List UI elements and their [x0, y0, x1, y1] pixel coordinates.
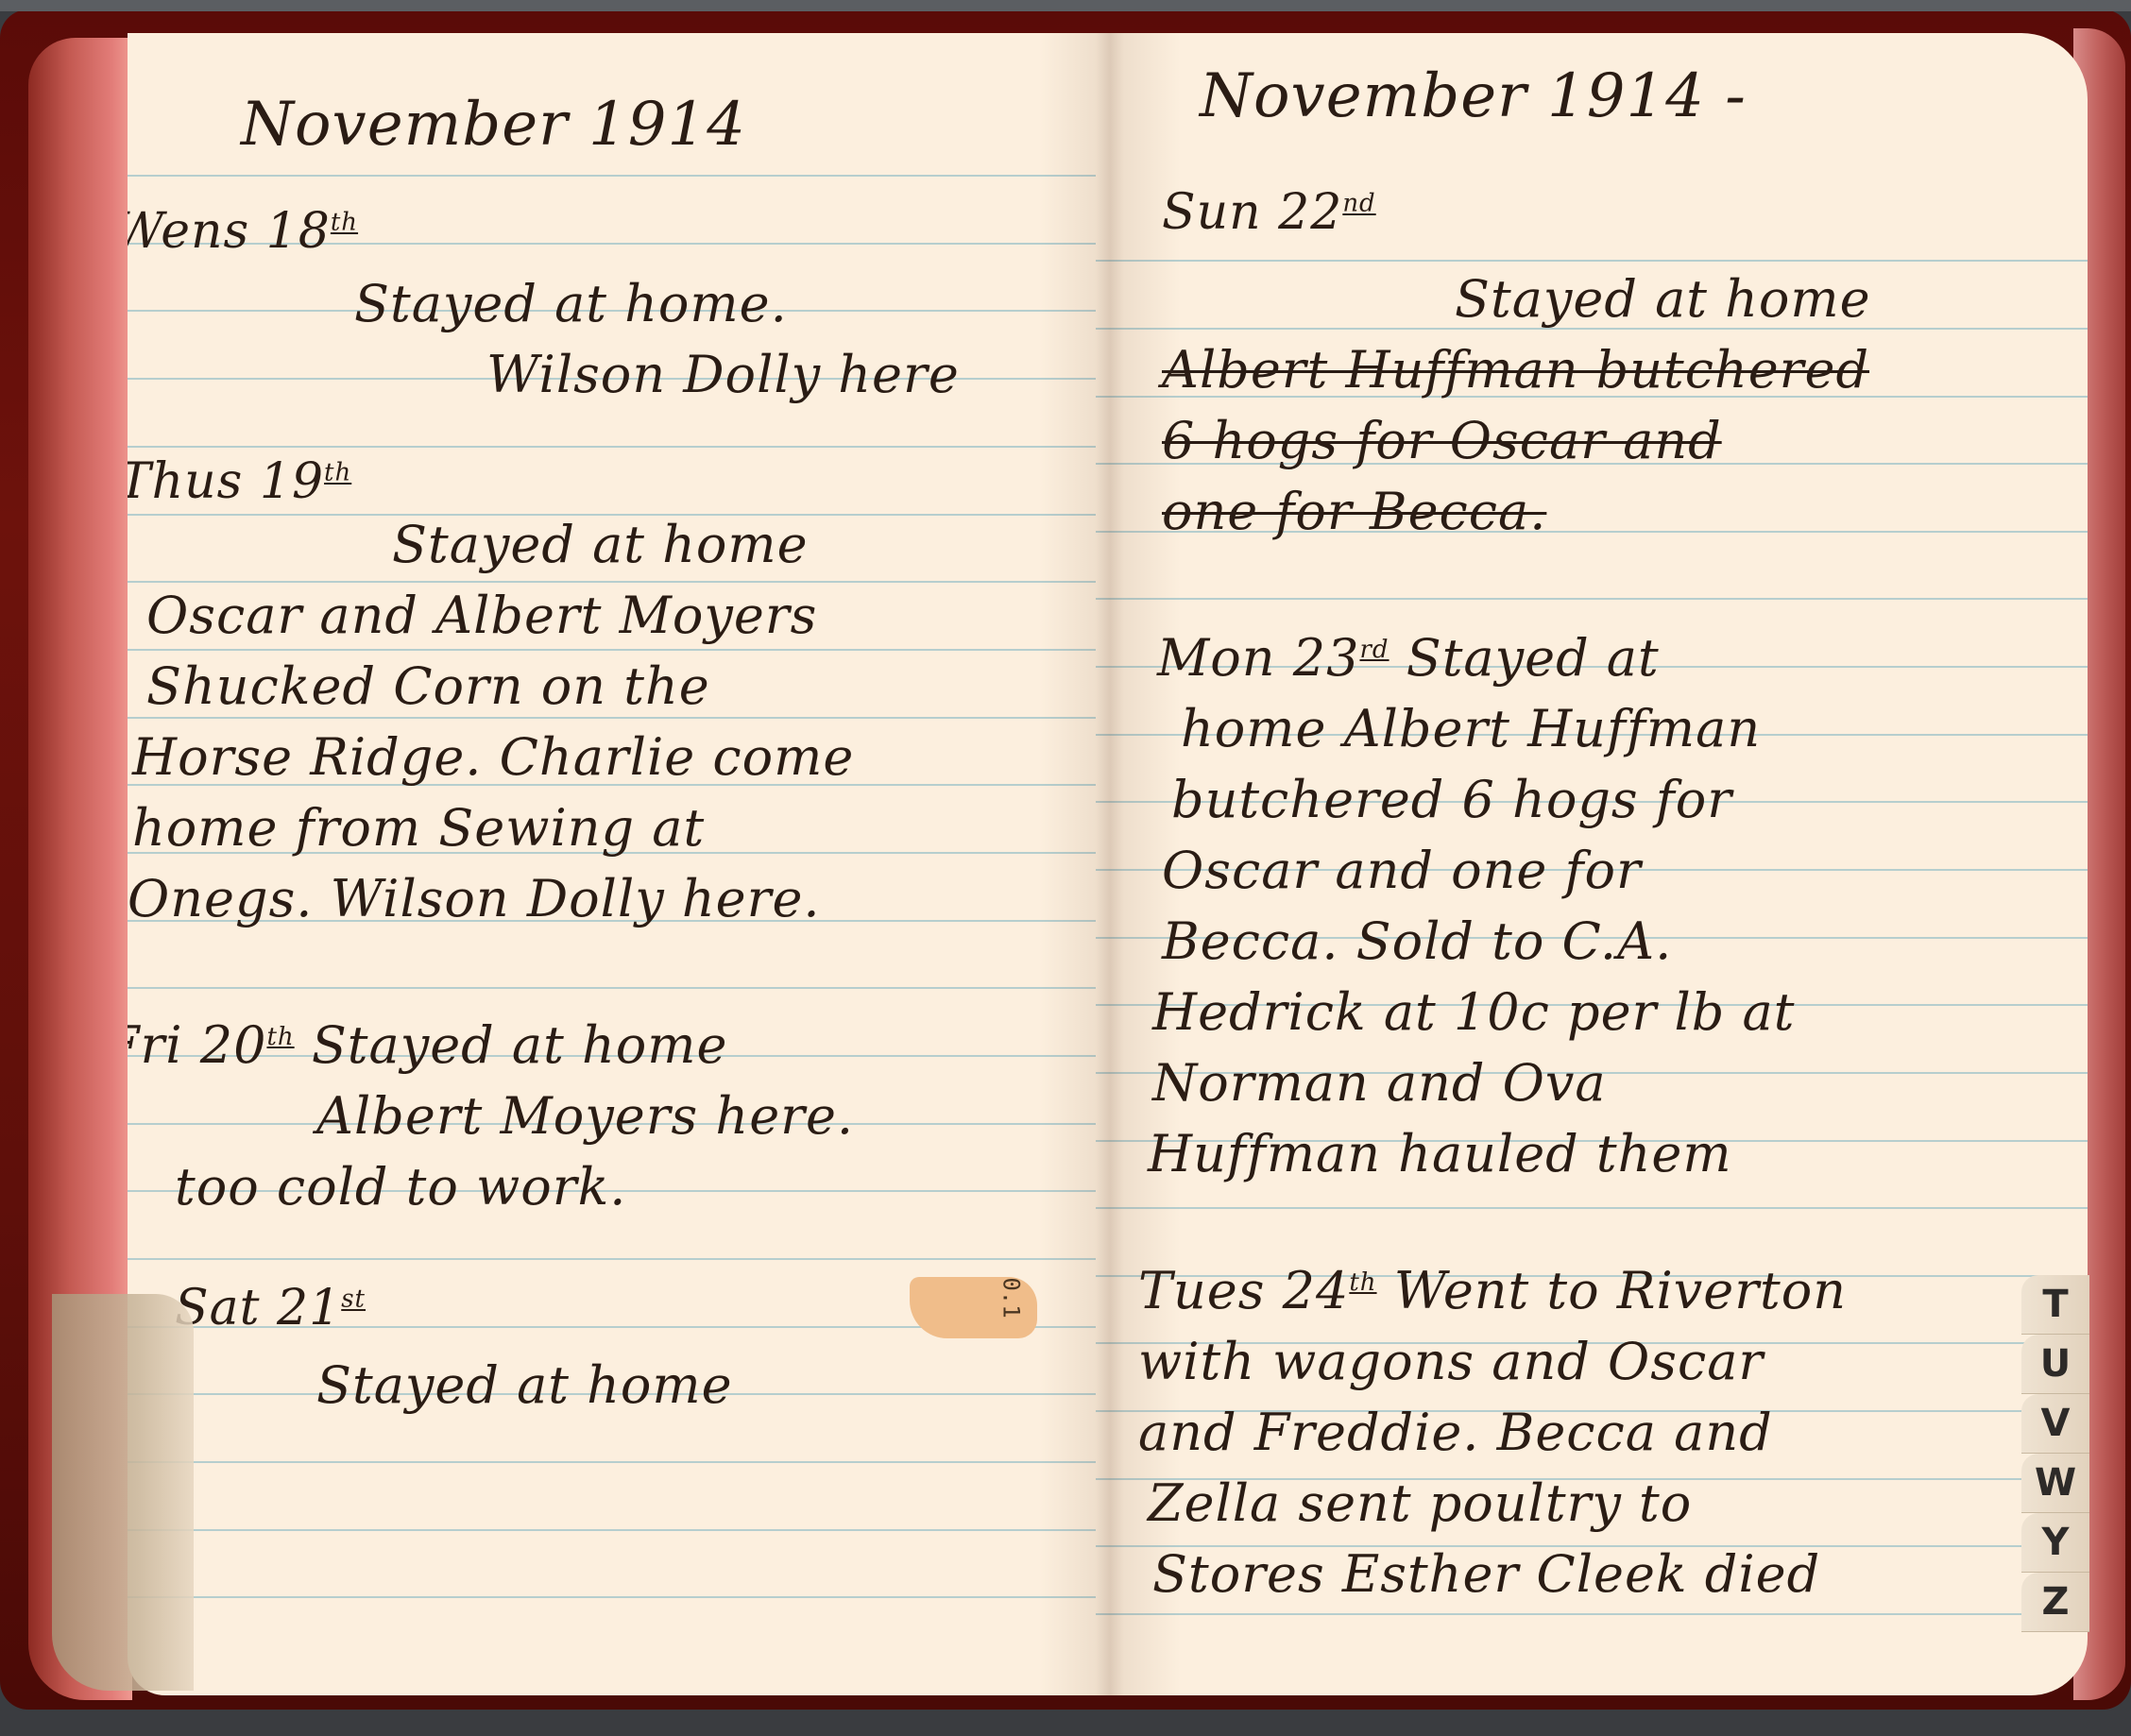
entry-line: Oscar and one for: [1162, 841, 1642, 900]
rule-line: [128, 1529, 1100, 1531]
scanner-edge: [0, 0, 2131, 11]
rule-line: [128, 717, 1100, 719]
rule-line: [1096, 260, 2088, 262]
rule-line: [1096, 1207, 2088, 1209]
entry-line: too cold to work.: [175, 1157, 626, 1217]
entry-line: Hedrick at 10c per lb at: [1152, 982, 1795, 1042]
index-tab-u[interactable]: U: [2021, 1335, 2089, 1394]
torn-price-sticker: 0.1: [910, 1277, 1037, 1338]
entry-date: Sun 22nd: [1162, 184, 1376, 241]
rule-line: [128, 649, 1100, 651]
rule-line: [128, 446, 1100, 448]
struck-line: Albert Huffman butchered: [1162, 340, 1869, 400]
entry-date: Sat 21st: [175, 1280, 366, 1336]
entry-date: Thus 19th: [128, 453, 351, 510]
entry-line: and Freddie. Becca and: [1138, 1403, 1773, 1462]
entry-line: Oscar and Albert Moyers: [146, 586, 817, 645]
index-tab-v[interactable]: V: [2021, 1394, 2089, 1454]
entry-line: Stayed at home: [1455, 269, 1871, 329]
entry-line: Stayed at home: [392, 515, 809, 574]
index-tab-y[interactable]: Y: [2021, 1513, 2089, 1573]
entry-line: Albert Moyers here.: [316, 1086, 854, 1146]
rule-line: [1096, 1613, 2088, 1615]
rule-line: [128, 581, 1100, 583]
entry-line: Stores Esther Cleek died: [1152, 1544, 1820, 1604]
entry-line: Zella sent poultry to: [1148, 1473, 1692, 1533]
index-tab-t[interactable]: T: [2021, 1275, 2089, 1335]
entry-date-line: Tues 24th Went to Riverton: [1138, 1261, 1847, 1320]
entry-date-line: Fri 20th Stayed at home: [128, 1015, 727, 1075]
index-tab-z[interactable]: Z: [2021, 1573, 2089, 1632]
entry-line: home from Sewing at: [132, 798, 705, 858]
entry-line: Stayed at home.: [354, 274, 788, 333]
left-thumb-tab: [52, 1294, 194, 1691]
entry-line: Onegs. Wilson Dolly here.: [128, 869, 821, 928]
entry-line: Becca. Sold to C.A.: [1162, 911, 1672, 971]
struck-line: 6 hogs for Oscar and: [1162, 411, 1722, 470]
right-page: November 1914 - Sun 22nd Stayed at home …: [1096, 33, 2088, 1695]
rule-line: [128, 1258, 1100, 1260]
page-heading: November 1914 -: [1200, 61, 1747, 131]
entry-line: home Albert Huffman: [1181, 699, 1761, 758]
alphabet-index-tabs: T U V W Y Z: [2021, 1275, 2089, 1615]
entry-date: Wens 18th: [128, 203, 358, 260]
entry-line: Huffman hauled them: [1148, 1124, 1732, 1183]
index-tab-w[interactable]: W: [2021, 1454, 2089, 1513]
rule-line: [128, 175, 1100, 177]
entry-line: Shucked Corn on the: [146, 656, 710, 716]
rule-line: [128, 987, 1100, 989]
entry-line: Norman and Ova: [1152, 1053, 1607, 1113]
entry-line: butchered 6 hogs for: [1171, 770, 1732, 829]
page-heading: November 1914: [241, 90, 746, 160]
struck-line: one for Becca.: [1162, 482, 1546, 541]
entry-date-line: Mon 23rd Stayed at: [1157, 628, 1660, 688]
entry-line: with wagons and Oscar: [1138, 1332, 1764, 1391]
sticker-text: 0.1: [997, 1277, 1024, 1318]
rule-line: [128, 1596, 1100, 1598]
entry-line: Horse Ridge. Charlie come: [132, 727, 854, 787]
entry-line: Stayed at home: [316, 1355, 733, 1415]
left-page: November 1914 Wens 18th Stayed at home. …: [128, 33, 1100, 1695]
entry-line: Wilson Dolly here: [486, 345, 960, 404]
rule-line: [128, 1461, 1100, 1463]
rule-line: [1096, 598, 2088, 600]
